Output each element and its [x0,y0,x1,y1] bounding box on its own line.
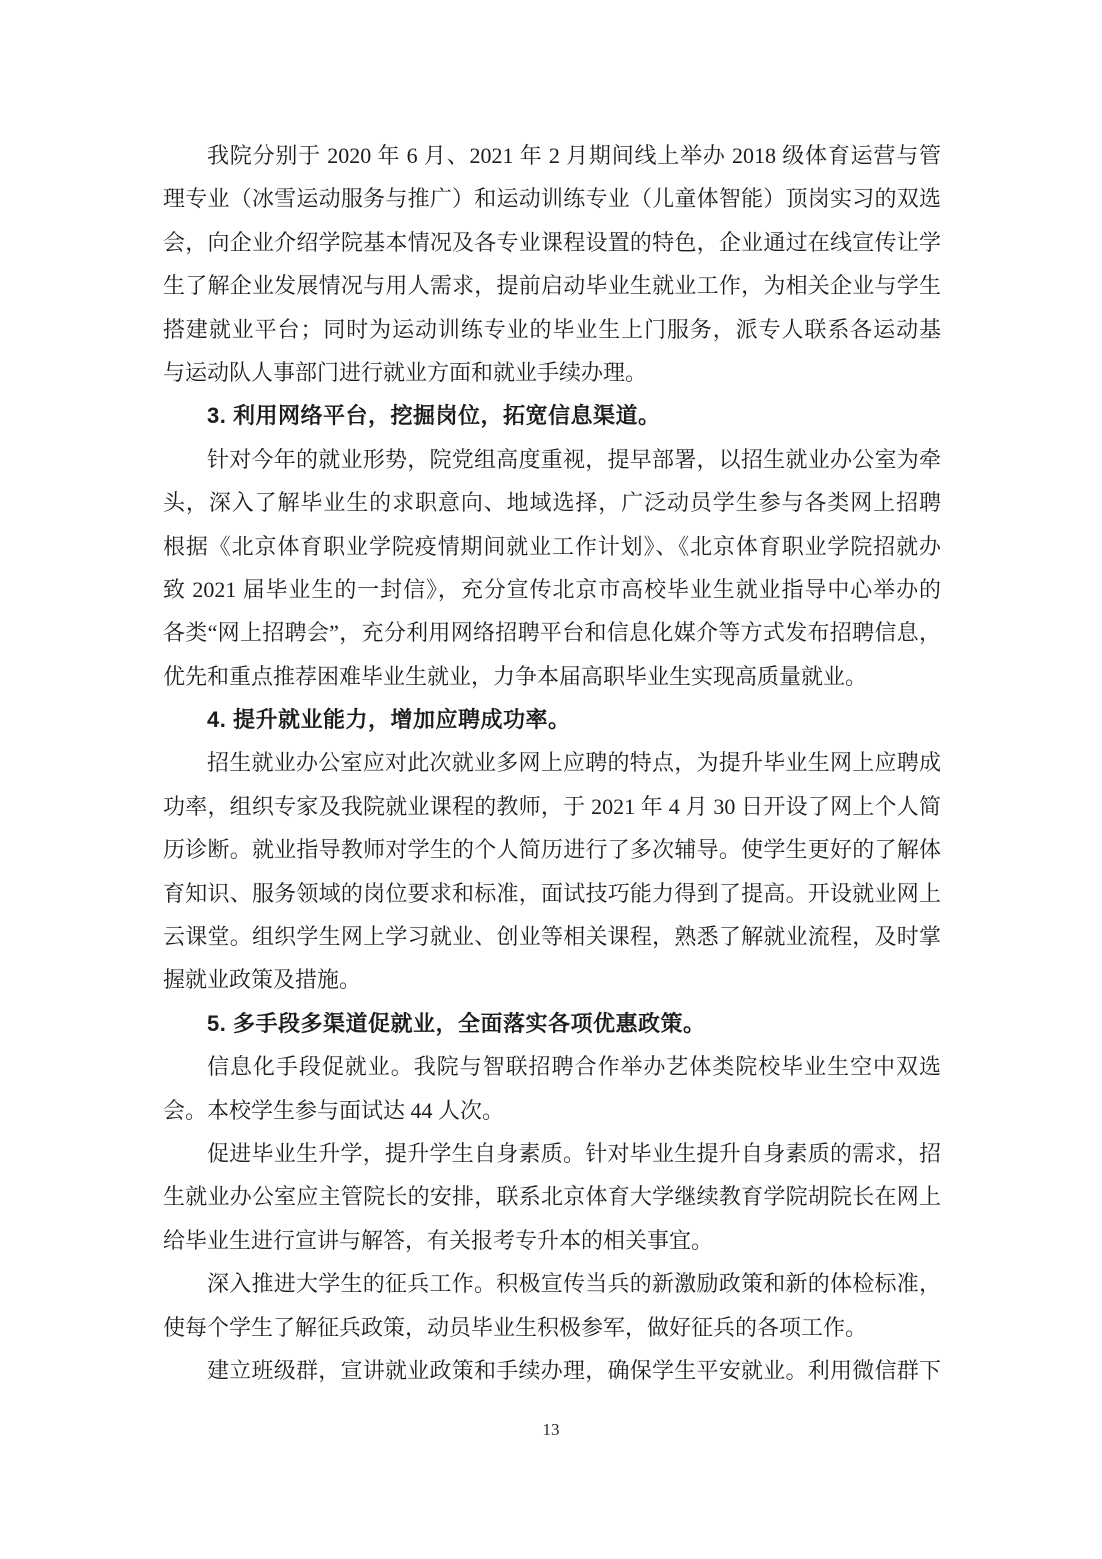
text-line: 生了解企业发展情况与用人需求，提前启动毕业生就业工作，为相关企业与学生 [163,264,941,307]
text-line: 历诊断。就业指导教师对学生的个人简历进行了多次辅导。使学生更好的了解体 [163,828,941,871]
section-heading: 4. 提升就业能力，增加应聘成功率。 [163,698,941,741]
text-line: 促进毕业生升学，提升学生自身素质。针对毕业生提升自身素质的需求，招 [163,1132,941,1175]
text-line: 给毕业生进行宣讲与解答，有关报考专升本的相关事宜。 [163,1219,941,1262]
text-line: 会，向企业介绍学院基本情况及各专业课程设置的特色，企业通过在线宣传让学 [163,221,941,264]
text-line: 各类“网上招聘会”，充分利用网络招聘平台和信息化媒介等方式发布招聘信息， [163,611,941,654]
document-page: 我院分别于 2020 年 6 月、2021 年 2 月期间线上举办 2018 级… [0,0,1102,1559]
text-line: 与运动队人事部门进行就业方面和就业手续办理。 [163,351,941,394]
text-line: 针对今年的就业形势，院党组高度重视，提早部署，以招生就业办公室为牵 [163,438,941,481]
text-line: 优先和重点推荐困难毕业生就业，力争本届高职毕业生实现高质量就业。 [163,655,941,698]
section-heading: 5. 多手段多渠道促就业，全面落实各项优惠政策。 [163,1002,941,1045]
text-line: 我院分别于 2020 年 6 月、2021 年 2 月期间线上举办 2018 级… [163,134,941,177]
text-line: 会。本校学生参与面试达 44 人次。 [163,1089,941,1132]
section-heading: 3. 利用网络平台，挖掘岗位，拓宽信息渠道。 [163,394,941,437]
text-line: 信息化手段促就业。我院与智联招聘合作举办艺体类院校毕业生空中双选 [163,1045,941,1088]
text-line: 致 2021 届毕业生的一封信》，充分宣传北京市高校毕业生就业指导中心举办的 [163,568,941,611]
document-body: 我院分别于 2020 年 6 月、2021 年 2 月期间线上举办 2018 级… [163,134,941,1392]
text-line: 云课堂。组织学生网上学习就业、创业等相关课程，熟悉了解就业流程，及时掌 [163,915,941,958]
text-line: 生就业办公室应主管院长的安排，联系北京体育大学继续教育学院胡院长在网上 [163,1175,941,1218]
text-line: 建立班级群，宣讲就业政策和手续办理，确保学生平安就业。利用微信群下 [163,1349,941,1392]
text-line: 理专业（冰雪运动服务与推广）和运动训练专业（儿童体智能）顶岗实习的双选 [163,177,941,220]
text-line: 握就业政策及措施。 [163,958,941,1001]
text-line: 招生就业办公室应对此次就业多网上应聘的特点，为提升毕业生网上应聘成 [163,741,941,784]
text-line: 使每个学生了解征兵政策，动员毕业生积极参军，做好征兵的各项工作。 [163,1306,941,1349]
text-line: 功率，组织专家及我院就业课程的教师，于 2021 年 4 月 30 日开设了网上… [163,785,941,828]
text-line: 搭建就业平台；同时为运动训练专业的毕业生上门服务，派专人联系各运动基地， [163,308,941,351]
text-line: 育知识、服务领域的岗位要求和标准，面试技巧能力得到了提高。开设就业网上 [163,872,941,915]
text-line: 根据《北京体育职业学院疫情期间就业工作计划》、《北京体育职业学院招就办 [163,525,941,568]
text-line: 头，深入了解毕业生的求职意向、地域选择，广泛动员学生参与各类网上招聘会。 [163,481,941,524]
page-number: 13 [0,1420,1102,1440]
text-line: 深入推进大学生的征兵工作。积极宣传当兵的新激励政策和新的体检标准， [163,1262,941,1305]
